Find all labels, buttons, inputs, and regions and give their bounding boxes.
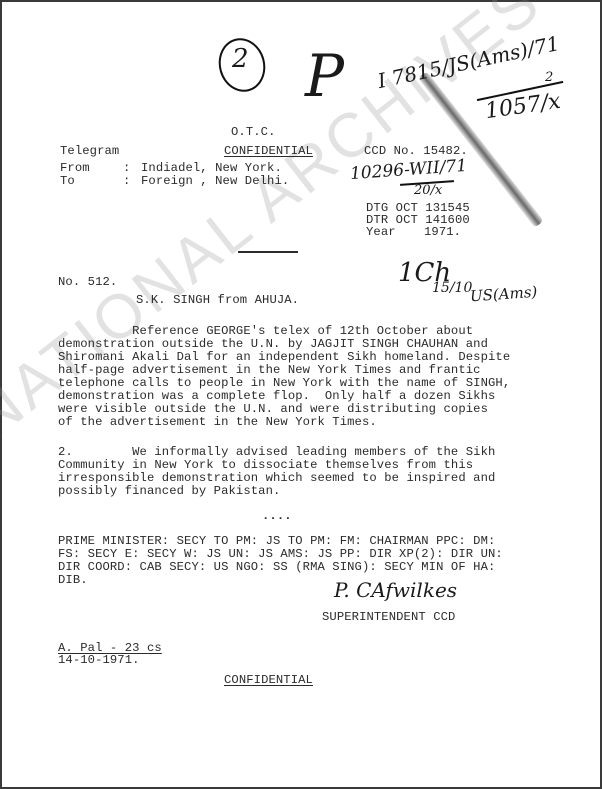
distribution-line: DIB. [58,574,88,587]
paragraph-line: half-page advertisement in the New York … [58,364,481,377]
paragraph-line: possibly financed by Pakistan. [58,485,280,498]
year-value: 1971. [424,226,461,239]
paragraph-line: Community in New York to dissociate them… [58,459,473,472]
p-mark: P [305,42,344,110]
paragraph-line: were visible outside the U.N. and were d… [58,403,488,416]
circled-number: 2 [232,44,249,74]
to-colon: : [123,175,130,188]
signatory-title: SUPERINTENDENT CCD [322,611,455,624]
distribution-line: PRIME MINISTER: SECY TO PM: JS TO PM: FM… [58,535,495,548]
ccd-number: CCD No. 15482. [364,145,468,158]
to-label: To [60,175,75,188]
from-colon: : [123,162,130,175]
distribution-line: FS: SECY E: SECY W: JS UN: JS AMS: JS PP… [58,548,503,561]
typed-date: 14-10-1971. [58,654,140,667]
year-label: Year [366,226,396,239]
paragraph-line: telephone calls to people in New York wi… [58,377,510,390]
message-number: No. 512. [58,276,117,289]
ccd-note-bottom: 20/x [414,183,442,198]
from-value: Indiadel, New York. [141,162,282,175]
section-separator: .... [262,510,292,523]
from-label: From [60,162,90,175]
header-divider [238,251,298,253]
addressee: S.K. SINGH from AHUJA. [136,294,299,307]
paragraph-line: Shiromani Akali Dal for an independent S… [58,351,510,364]
paragraph-line: irresponsible demonstration which seemed… [58,472,495,485]
classification-header: CONFIDENTIAL [224,145,313,158]
signature: P. CAfwilkes [334,578,457,602]
to-value: Foreign , New Delhi. [141,175,289,188]
paragraph-line: of the advertisement in the New York Tim… [58,416,377,429]
paragraph-line: demonstration outside the U.N. by JAGJIT… [58,338,488,351]
office-code: O.T.C. [231,126,275,139]
file-reference-superscript: 2 [545,70,553,85]
initials-date: 15/10 [432,280,472,296]
distribution-line: DIR COORD: CAB SECY: US NGO: SS (RMA SIN… [58,561,495,574]
paragraph-line: demonstration was a complete flop. Only … [58,390,495,403]
document-type: Telegram [60,145,119,158]
paragraph-line: 2. We informally advised leading members… [58,446,495,459]
classification-footer: CONFIDENTIAL [224,674,313,687]
paragraph-line: Reference GEORGE's telex of 12th October… [58,325,473,338]
